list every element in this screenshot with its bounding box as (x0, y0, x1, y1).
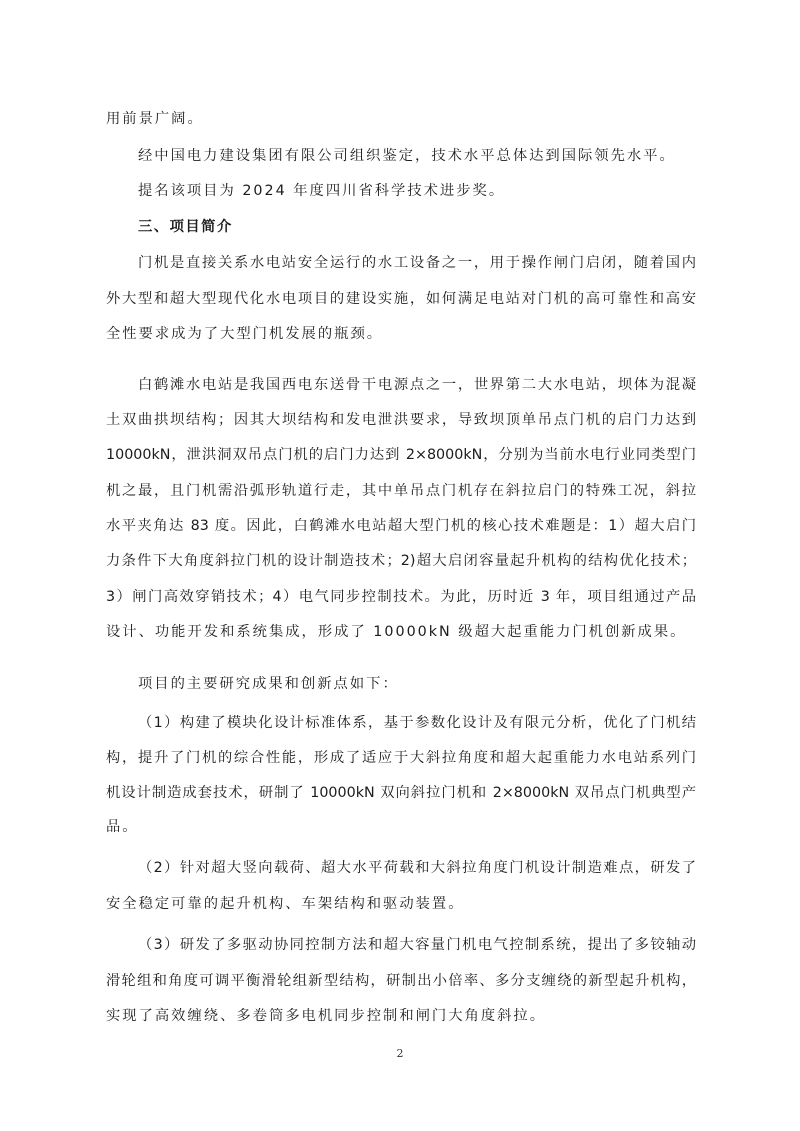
text-line: 项目的主要研究成果和创新点如下： (138, 675, 696, 693)
section-heading: 三、项目简介 (138, 218, 696, 236)
document-page: 用前景广阔。经中国电力建设集团有限公司组织鉴定，技术水平总体达到国际领先水平。提… (0, 0, 800, 1131)
text-line: 全性要求成为了大型门机发展的瓶颈。 (106, 325, 696, 343)
text-line: 力条件下大角度斜拉门机的设计制造技术；2)超大启闭容量起升机构的结构优化技术； (106, 552, 696, 570)
text-line: 设计、功能开发和系统集成，形成了 10000kN 级超大起重能力门机创新成果。 (106, 623, 696, 641)
text-line: 用前景广阔。 (106, 110, 696, 128)
text-line: 安全稳定可靠的起升机构、车架结构和驱动装置。 (106, 895, 696, 913)
text-line: 构，提升了门机的综合性能，形成了适应于大斜拉角度和超大起重能力水电站系列门 (106, 749, 696, 767)
text-line: 水平夹角达 83 度。因此，白鹤滩水电站超大型门机的核心技术难题是：1）超大启门 (106, 517, 696, 535)
text-line: （3）研发了多驱动协同控制方法和超大容量门机电气控制系统，提出了多铰轴动 (138, 936, 696, 954)
text-line: 机设计制造成套技术，研制了 10000kN 双向斜拉门机和 2×8000kN 双… (106, 784, 696, 802)
text-line: 实现了高效缠绕、多卷筒多电机同步控制和闸门大角度斜拉。 (106, 1007, 696, 1025)
text-line: 滑轮组和角度可调平衡滑轮组新型结构，研制出小倍率、多分支缠绕的新型起升机构， (106, 972, 696, 990)
text-line: 白鹤滩水电站是我国西电东送骨干电源点之一，世界第二大水电站，坝体为混凝 (138, 376, 696, 394)
text-line: 品。 (106, 818, 696, 836)
page-number: 2 (0, 1047, 800, 1061)
text-line: 外大型和超大型现代化水电项目的建设实施，如何满足电站对门机的高可靠性和高安 (106, 290, 696, 308)
text-line: （2）针对超大竖向载荷、超大水平荷载和大斜拉角度门机设计制造难点，研发了 (138, 859, 696, 877)
text-line: 经中国电力建设集团有限公司组织鉴定，技术水平总体达到国际领先水平。 (138, 147, 696, 165)
text-line: 机之最，且门机需沿弧形轨道行走，其中单吊点门机存在斜拉启门的特殊工况，斜拉 (106, 482, 696, 500)
text-line: 10000kN，泄洪洞双吊点门机的启门力达到 2×8000kN，分别为当前水电行… (106, 446, 696, 464)
text-line: 门机是直接关系水电站安全运行的水工设备之一，用于操作闸门启闭，随着国内 (138, 254, 696, 272)
text-line: 提名该项目为 2024 年度四川省科学技术进步奖。 (138, 182, 696, 200)
text-line: 3）闸门高效穿销技术；4）电气同步控制技术。为此，历时近 3 年，项目组通过产品 (106, 588, 696, 606)
text-line: （1）构建了模块化设计标准体系，基于参数化设计及有限元分析，优化了门机结 (138, 714, 696, 732)
text-line: 土双曲拱坝结构；因其大坝结构和发电泄洪要求，导致坝顶单吊点门机的启门力达到 (106, 411, 696, 429)
